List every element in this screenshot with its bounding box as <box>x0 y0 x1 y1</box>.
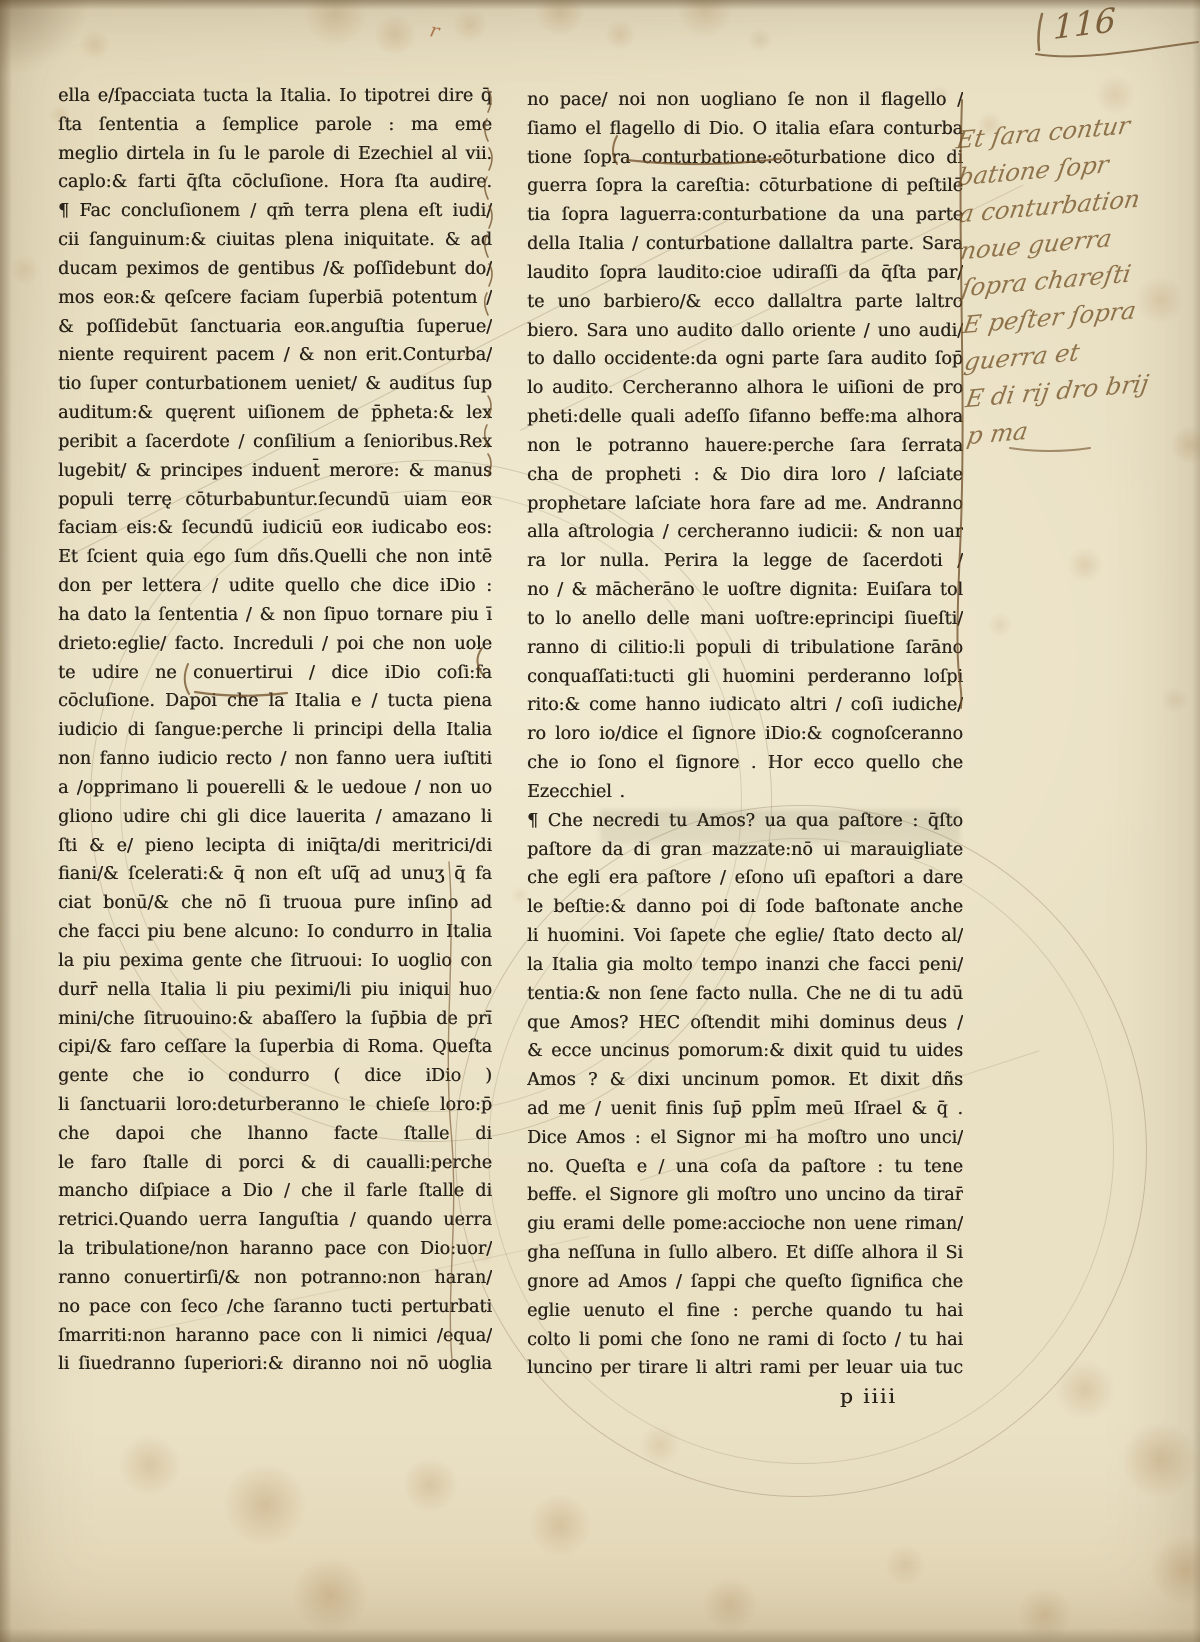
text-line: tione ſopra conturbatione:cōturbatione d… <box>527 144 963 173</box>
text-line: retrici.Quando uerra Ianguſtia / quando … <box>58 1206 492 1235</box>
text-line: ranno di cilitio:li populi di tribulatio… <box>527 634 963 663</box>
left-text-column: ella e/ſpacciata tucta la Italia. Io tip… <box>58 82 492 1379</box>
text-line: li huomini. Voi ſapete che eglie/ ſtato … <box>527 922 963 951</box>
text-line: caplo:& farti q̄ſta cōcluſione. Hora ſta… <box>58 168 492 197</box>
text-line: ro loro io/dice el ſignore iDio:& cognoſ… <box>527 720 963 749</box>
text-line: giu erami delle pome:accioche non uene r… <box>527 1210 963 1239</box>
text-line: & poſſidebūt ſanctuaria eoʀ.anguſtia ſup… <box>58 313 492 342</box>
text-line: fiani/& ſcelerati:& q̄ non eſt uſq̄ ad u… <box>58 860 492 889</box>
page-edge-left <box>0 0 12 1642</box>
text-line: biero. Sara uno audito dallo oriente / u… <box>527 317 963 346</box>
text-line: conquaſſati:tucti gli huomini perderanno… <box>527 663 963 692</box>
text-line: cōcluſione. Dapoi che la Italia e / tuct… <box>58 687 492 716</box>
text-line: cha de propheti : & Dio dira loro / laſc… <box>527 461 963 490</box>
text-line: guerra ſopra la careſtia: cōturbatione d… <box>527 172 963 201</box>
text-line: che io ſono el ſignore . Hor ecco quello… <box>527 749 963 778</box>
page-edge-top <box>0 0 1200 10</box>
text-line: che dapoi che lhanno facte ſtalle di mer… <box>58 1120 492 1149</box>
text-line: mancho diſpiace a Dio / che il farle ſta… <box>58 1177 492 1206</box>
text-line: don per lettera / udite quello che dice … <box>58 572 492 601</box>
text-line: lo audito. Cercheranno alhora le uiſioni… <box>527 374 963 403</box>
text-line: ciat bonū/& che nō ſi truoua pure inſino… <box>58 889 492 918</box>
text-line: beffe. el Signore gli moſtro uno uncino … <box>527 1181 963 1210</box>
text-line: ſti & e/ pieno lecipta di iniq̄ta/di mer… <box>58 832 492 861</box>
text-line: ¶ Fac concluſionem / qm̄ terra plena eſt… <box>58 197 492 226</box>
handwritten-marginalia: Et ſara conturbatione ſopra conturbation… <box>957 108 1200 449</box>
page-edge-right <box>1192 0 1200 1642</box>
text-line: ſiamo el flagello di Dio. O italia eſara… <box>527 115 963 144</box>
text-line: luncino per tirare li altri rami per leu… <box>527 1354 963 1383</box>
text-line: tio ſuper conturbationem ueniet/ & audit… <box>58 370 492 399</box>
page-corner-shadow <box>0 0 160 140</box>
text-line: te uno barbiero/& ecco dallaltra parte l… <box>527 288 963 317</box>
text-line: ranno conuertirſi/& non potranno:non har… <box>58 1264 492 1293</box>
text-line: niente requirent pacem / & non erit.Cont… <box>58 341 492 370</box>
text-line: della Italia / conturbatione dallaltra p… <box>527 230 963 259</box>
text-line: le beſtie:& danno poi di ſode baſtonate … <box>527 893 963 922</box>
text-line: gliono udire chi gli dice lauerita / ama… <box>58 803 492 832</box>
text-line: la tribulatione/non haranno pace con Dio… <box>58 1235 492 1264</box>
text-line: te udire ne conuertirui / dice iDio coſi… <box>58 659 492 688</box>
text-line: alla aſtrologia / cercheranno iudicii: &… <box>527 518 963 547</box>
text-line: mini/che ſitruouino:& abaſſero la ſup̄bi… <box>58 1005 492 1034</box>
text-line: ¶ Che necredi tu Amos? ua qua paſtore : … <box>527 807 963 836</box>
text-line: durr̄ nella Italia li piu peximi/li piu … <box>58 976 492 1005</box>
text-line: tia ſopra laguerra:conturbatione da una … <box>527 201 963 230</box>
text-line: populi terrę cōturbabuntur.ſecundū uiam … <box>58 486 492 515</box>
text-line: che facci piu bene alcuno: Io condurro i… <box>58 918 492 947</box>
text-line: ha dato la ſententia / & non ſipuo torna… <box>58 601 492 630</box>
text-line: Dice Amos : el Signor mi ha moſtro uno u… <box>527 1124 963 1153</box>
text-line: cipi/& faro ceſſare la ſuperbia di Roma.… <box>58 1033 492 1062</box>
quire-signature-mark: p iiii <box>840 1384 960 1408</box>
text-line: que Amos? HEC oſtendit mihi dominus deus… <box>527 1009 963 1038</box>
text-line: la piu pexima gente che ſitruoui: Io uog… <box>58 947 492 976</box>
text-line: prophetare laſciate hora fare ad me. And… <box>527 490 963 519</box>
text-line: laudito ſopra laudito:cioe udiraſſi da q… <box>527 259 963 288</box>
text-line: to dallo occidente:da ogni parte ſara au… <box>527 345 963 374</box>
text-line: meglio dirtela in ſu le parole di Ezechi… <box>58 140 492 169</box>
text-line: le faro ſtalle di porci & di caualli:per… <box>58 1149 492 1178</box>
text-line: ſmarriti:non haranno pace con li nimici … <box>58 1322 492 1351</box>
text-line: che egli era paſtore / eſono uſi epaſtor… <box>527 864 963 893</box>
text-line: gha neſſuna in ſullo albero. Et diſſe al… <box>527 1239 963 1268</box>
text-line: eglie uenuto el fine : perche quando tu … <box>527 1297 963 1326</box>
text-line: colto li pomi che ſono ne rami di ſocto … <box>527 1326 963 1355</box>
text-line: tentia:& non ſene facto nulla. Che ne di… <box>527 980 963 1009</box>
text-line: gnore ad Amos / ſappi che queſto ſignifi… <box>527 1268 963 1297</box>
text-line: iudicio di ſangue:perche li principi del… <box>58 716 492 745</box>
text-line: pheti:delle quali adeſſo ſifanno beffe:m… <box>527 403 963 432</box>
text-line: paſtore da di gran mazzate:nō ui marauig… <box>527 836 963 865</box>
text-line: no pace con ſeco /che ſaranno tucti pert… <box>58 1293 492 1322</box>
text-line: li ſanctuarii loro:deturberanno le chieſ… <box>58 1091 492 1120</box>
text-line: ad me / uenit finis ſup̄ ppl̄m meū Iſrae… <box>527 1095 963 1124</box>
text-line: no / & mācherāno le uoſtre dignita: Euiſ… <box>527 576 963 605</box>
text-line: non fanno iudicio recto / non fanno uera… <box>58 745 492 774</box>
text-line: Et ſcient quia ego ſum dñs.Quelli che no… <box>58 543 492 572</box>
text-line: li ſiuedranno ſuperiori:& diranno noi nō… <box>58 1350 492 1379</box>
text-line: rito:& come hanno iudicato altri / coſi … <box>527 691 963 720</box>
right-text-column: no pace/ noi non uogliano ſe non il flag… <box>527 86 963 1383</box>
text-line: to lo anello delle mani uoſtre:eprincipi… <box>527 605 963 634</box>
text-line: ra lor nulla. Perira la legge de ſacerdo… <box>527 547 963 576</box>
text-line: faciam eis:& ſecundū iudiciū eoʀ iudicab… <box>58 514 492 543</box>
page-edge-bottom <box>0 1628 1200 1642</box>
text-line: Ezecchiel . <box>527 778 963 807</box>
text-line: lugebit/ & principes induent̄ merore: & … <box>58 457 492 486</box>
text-line: auditum:& quęrent uiſionem de p̄pheta:& … <box>58 399 492 428</box>
scanned-book-page: { "page": { "folio_number": "116", "sign… <box>0 0 1200 1642</box>
text-line: Amos ? & dixi uncinum pomoʀ. Et dixit dñ… <box>527 1066 963 1095</box>
text-line: la Italia gia molto tempo inanzi che fac… <box>527 951 963 980</box>
text-line: no. Queſta e / una coſa da paſtore : tu … <box>527 1153 963 1182</box>
text-line: cii ſanguinum:& ciuitas plena iniquitate… <box>58 226 492 255</box>
text-line: no pace/ noi non uogliano ſe non il flag… <box>527 86 963 115</box>
text-line: non le potranno hauere:perche ſara ſerra… <box>527 432 963 461</box>
text-line: ducam peximos de gentibus /& poſſidebunt… <box>58 255 492 284</box>
text-line: a /opprimano li pouerelli & le uedoue / … <box>58 774 492 803</box>
text-line: & ecce uncinus pomorum:& dixit quid tu u… <box>527 1037 963 1066</box>
text-line: drieto:eglie/ facto. Increduli / poi che… <box>58 630 492 659</box>
text-line: gente che io condurro ( dice iDio ) poſſ… <box>58 1062 492 1091</box>
text-line: mos eoʀ:& qeſcere faciam ſuperbiā potent… <box>58 284 492 313</box>
text-line: peribit a ſacerdote / conſilium a ſenior… <box>58 428 492 457</box>
